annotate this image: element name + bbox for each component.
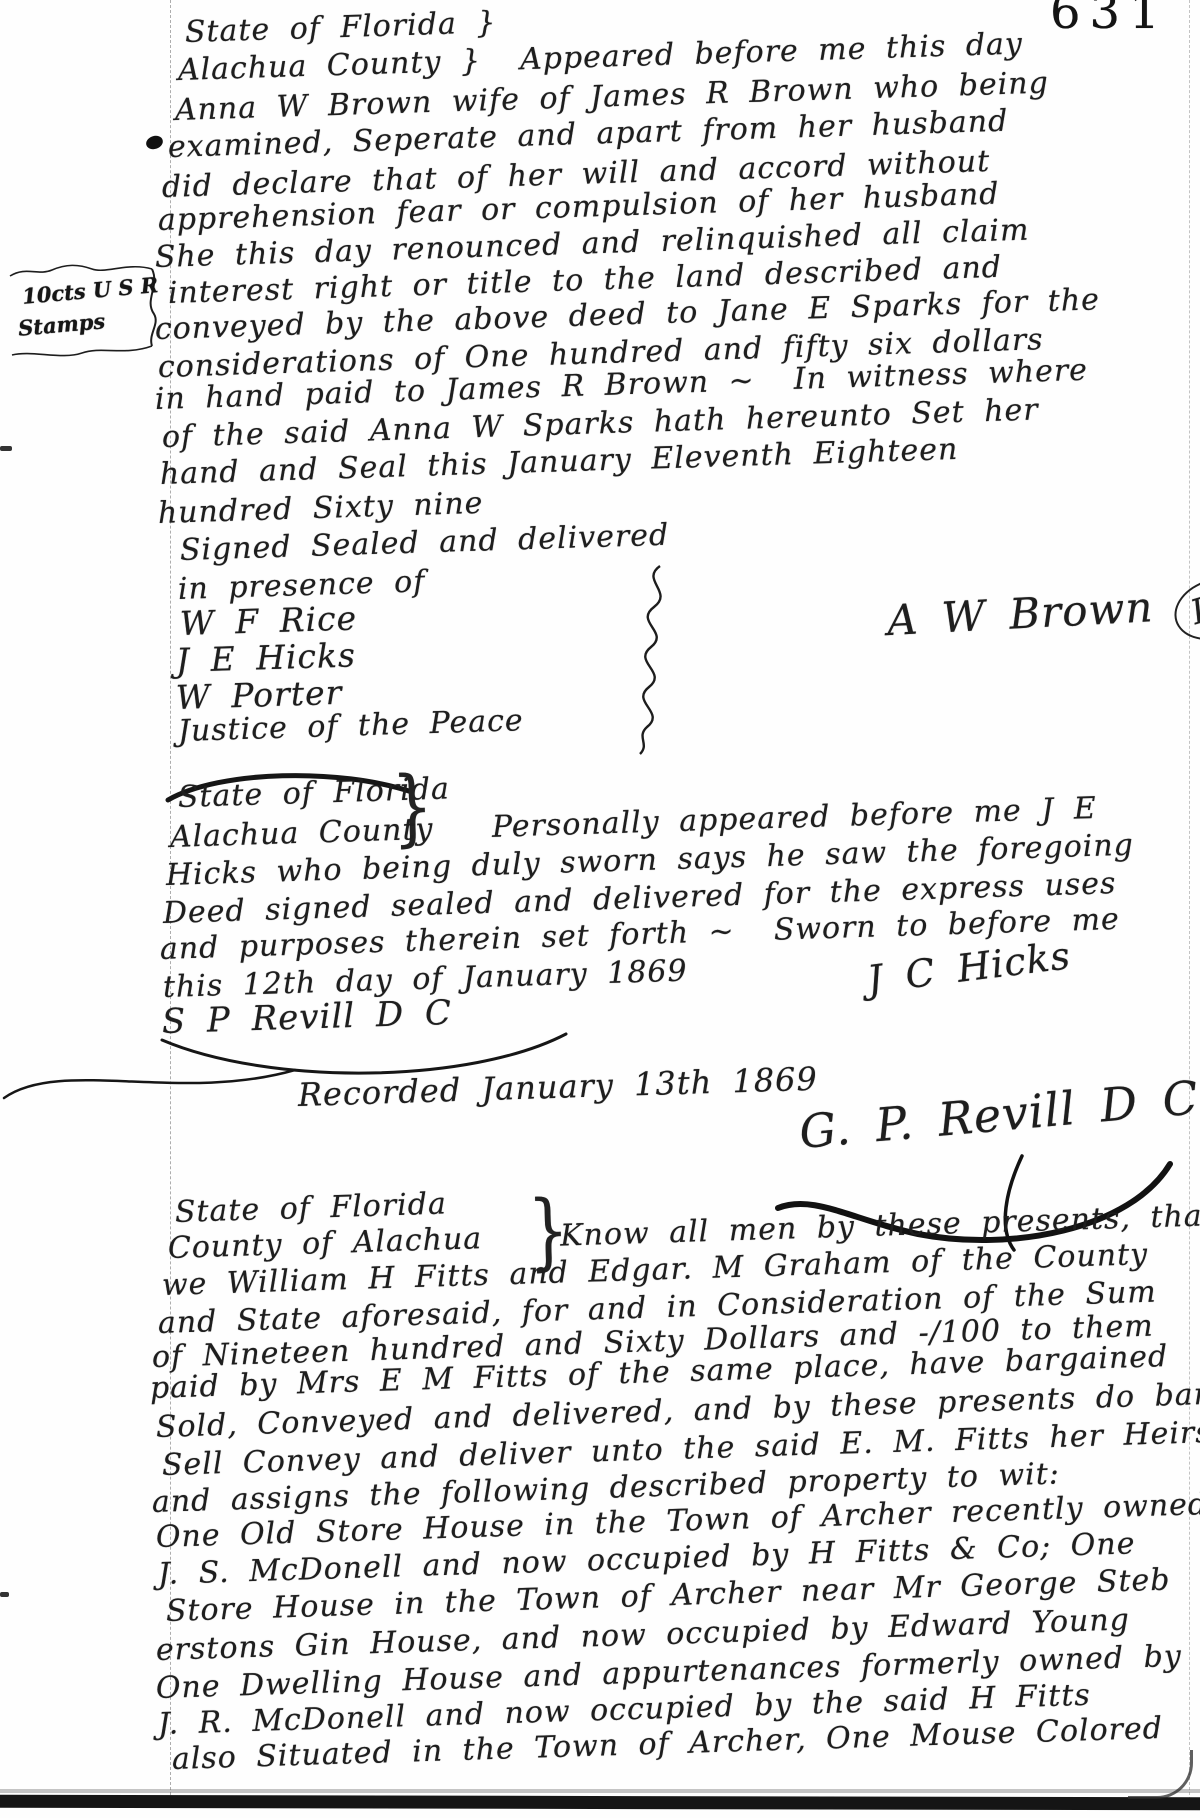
- page-number: 631: [1050, 0, 1169, 40]
- grantor-signature: A W BrownLS: [790, 528, 1200, 710]
- right-edge-rule: [1189, 0, 1190, 1800]
- grantor-signature-name: A W Brown: [886, 582, 1155, 645]
- seal-ls: LS: [1167, 568, 1200, 650]
- manuscript-line: State of Florida }: [184, 5, 497, 50]
- flourish-stroke: [0, 1048, 300, 1108]
- witness-brace-squiggle: [618, 562, 678, 757]
- deed-book-page: 631 10cts U S R Stamps State of Florida …: [0, 0, 1200, 1818]
- margin-note-stamps: 10cts U S R Stamps: [6, 254, 166, 364]
- bottom-edge-smudge: [0, 1789, 1200, 1793]
- ink-speck: [0, 446, 12, 451]
- recording-clerk-signature: G. P. Revill D C: [797, 1070, 1200, 1159]
- ink-blot: [144, 134, 164, 152]
- wavy-border-bottom: [12, 346, 152, 356]
- page-bottom-edge: [0, 1795, 1200, 1811]
- ink-speck: [0, 1592, 9, 1597]
